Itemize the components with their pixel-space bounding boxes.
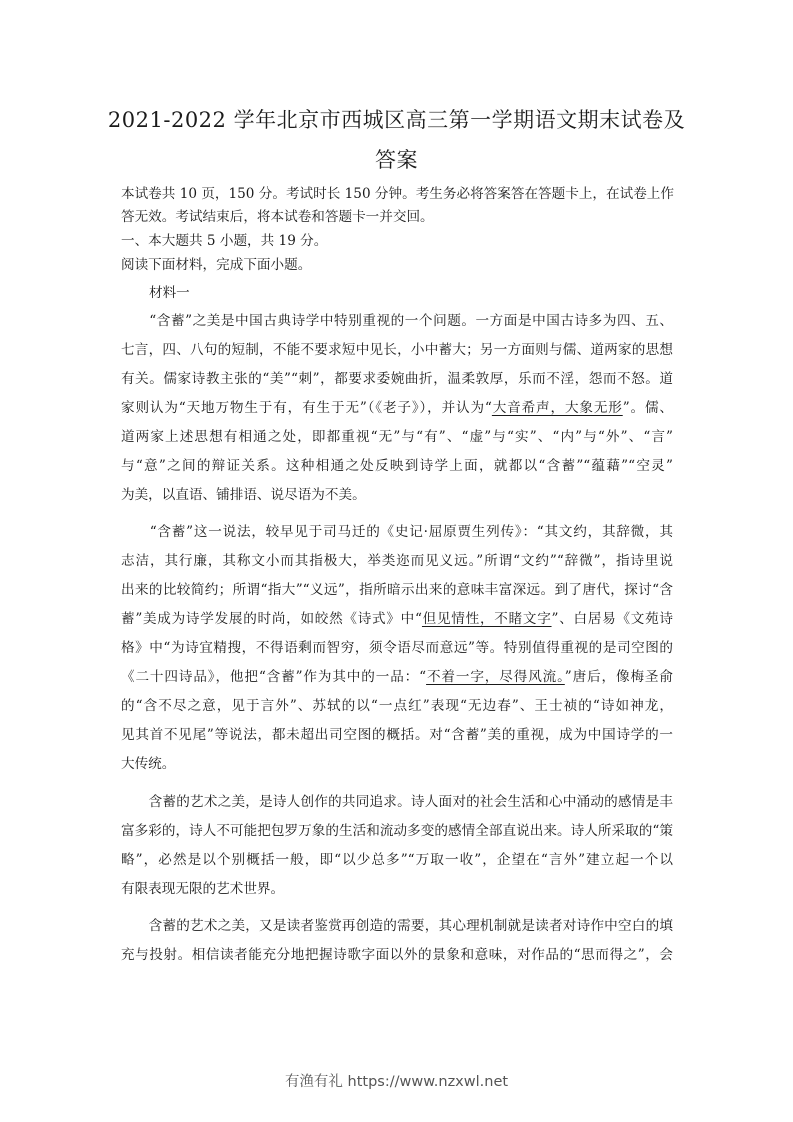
paragraph-line: 含蓄的艺术之美，又是读者鉴赏再创造的需要，其心理机制就是读者对诗作中空白的填 — [121, 914, 673, 934]
footer-watermark: 有渔有礼 https://www.nzxwl.net — [0, 1070, 793, 1091]
paragraph-line: 道两家上述思想有相通之处，即都重视“无”与“有”、“虚”与“实”、“内”与“外”… — [121, 425, 673, 445]
underlined-quote: 大音希声，大象无形 — [492, 400, 623, 416]
paragraph-line: “含蓄”之美是中国古典诗学中特别重视的一个问题。一方面是中国古诗多为四、五、 — [121, 309, 673, 329]
paragraph-line: 略”，必然是以个别概括一般，即“以少总多”“万取一收”，企望在“言外”建立起一个… — [121, 848, 673, 868]
paragraph-line: 《二十四诗品》，他把“含蓄”作为其中的一品：“不着一字，尽得风流。”唐后，像梅圣… — [121, 665, 673, 685]
paragraph-line: 与“意”之间的辩证关系。这种相通之处反映到诗学上面，就都以“含蓄”“蕴藉”“空灵… — [121, 454, 673, 474]
paragraph-line: 的“含不尽之意，见于言外”、苏轼的以“一点红”表现“无边春”、王士祯的“诗如神龙… — [121, 694, 673, 714]
paragraph-line: 有关。儒家诗教主张的“美”“刺”，都要求委婉曲折，温柔敦厚，乐而不淫，怨而不怒。… — [121, 367, 673, 387]
underlined-quote: 但见情性，不睹文字 — [422, 611, 552, 627]
document-title-line-1: 2021-2022 学年北京市西城区高三第一学期语文期末试卷及 — [0, 104, 793, 134]
paragraph-line: 格》中“为诗宜精搜，不得语剩而智穷，须令语尽而意远”等。特别值得重视的是司空图的 — [121, 636, 673, 656]
paragraph-line: 七言，四、八句的短制，不能不要求短中见长，小中蓄大；另一方面则与儒、道两家的思想 — [121, 338, 673, 358]
paragraph-line: 志洁，其行廉，其称文小而其指极大，举类迩而见义远。”所谓“文约”“辞微”，指诗里… — [121, 549, 673, 569]
instructions-line-1: 本试卷共 10 页，150 分。考试时长 150 分钟。考生务必将答案答在答题卡… — [121, 182, 673, 202]
paragraph-line: 蓄”美成为诗学发展的时尚，如皎然《诗式》中“但见情性，不睹文字”、白居易《文苑诗 — [121, 607, 673, 627]
paragraph-line: 为美，以直语、铺排语、说尽语为不美。 — [121, 483, 673, 503]
material-label: 材料一 — [149, 281, 701, 301]
underlined-quote: 不着一字，尽得风流。 — [426, 669, 565, 685]
paragraph-line: 出来的比较简约；所谓“指大”“义远”，指所暗示出来的意味丰富深远。到了唐代，探讨… — [121, 578, 673, 598]
paragraph-line: 富多彩的，诗人不可能把包罗万象的生活和流动多变的感情全部直说出来。诗人所采取的“… — [121, 819, 673, 839]
paragraph-line: “含蓄”这一说法，较早见于司马迁的《史记·屈原贾生列传》：“其文约，其辞微，其 — [121, 520, 673, 540]
reading-prompt: 阅读下面材料，完成下面小题。 — [121, 253, 673, 273]
paragraph-line: 家则认为“天地万物生于有，有生于无”（《老子》），并认为“大音希声，大象无形”。… — [121, 396, 673, 416]
paragraph-line: 有限表现无限的艺术世界。 — [121, 877, 673, 897]
document-title-line-2: 答案 — [0, 144, 793, 174]
paragraph-line: 充与投射。相信读者能充分地把握诗歌字面以外的景象和意味，对作品的“思而得之”，会 — [121, 943, 673, 963]
paragraph-line: 大传统。 — [121, 752, 673, 772]
section-heading: 一、本大题共 5 小题，共 19 分。 — [121, 229, 673, 249]
paragraph-line: 含蓄的艺术之美，是诗人创作的共同追求。诗人面对的社会生活和心中涌动的感情是丰 — [121, 790, 673, 810]
instructions-line-2: 答无效。考试结束后，将本试卷和答题卡一并交回。 — [121, 205, 673, 225]
paragraph-line: 见其首不见尾”等说法，都未超出司空图的概括。对“含蓄”美的重视，成为中国诗学的一 — [121, 723, 673, 743]
